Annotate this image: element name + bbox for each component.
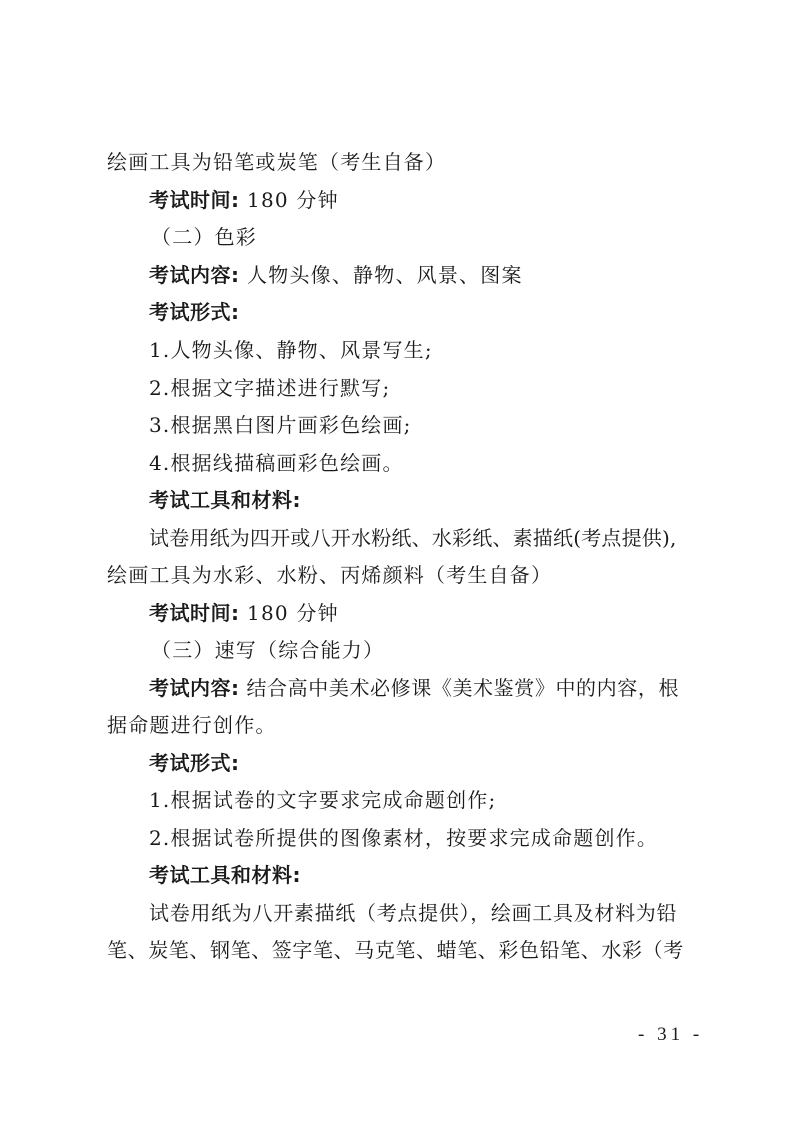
paragraph-line: 据命题进行创作。 (107, 713, 697, 737)
exam-content-line: 考试内容: 结合高中美术必修课《美术鉴赏》中的内容，根 (149, 676, 739, 700)
exam-time-line: 考试时间: 180 分钟 (149, 188, 739, 212)
list-item: 1.根据试卷的文字要求完成命题创作; (149, 788, 739, 812)
field-value: 180 分钟 (240, 188, 339, 212)
document-page: 绘画工具为铅笔或炭笔（考生自备） 考试时间: 180 分钟 （二）色彩 考试内容… (0, 0, 794, 1123)
field-label: 考试工具和材料: (149, 488, 301, 512)
exam-tools-line: 考试工具和材料: (149, 488, 739, 512)
exam-tools-line: 考试工具和材料: (149, 863, 739, 887)
list-item: 2.根据文字描述进行默写; (149, 376, 739, 400)
field-label: 考试时间: (149, 188, 240, 212)
section-heading: （二）色彩 (151, 225, 257, 249)
field-label: 考试形式: (149, 300, 240, 324)
list-item-text: 3.根据黑白图片画彩色绘画; (149, 413, 412, 437)
line-text: 试卷用纸为八开素描纸（考点提供），绘画工具及材料为铅 (149, 901, 677, 925)
line-text: 试卷用纸为四开或八开水粉纸、水彩纸、素描纸(考点提供), (149, 526, 677, 550)
line-text: 据命题进行创作。 (107, 713, 277, 737)
exam-form-line: 考试形式: (149, 751, 739, 775)
list-item-text: 2.根据文字描述进行默写; (149, 376, 390, 400)
exam-time-line: 考试时间: 180 分钟 (149, 601, 739, 625)
section-heading-sketch: （三）速写（综合能力） (151, 638, 741, 662)
list-item: 4.根据线描稿画彩色绘画。 (149, 451, 739, 475)
paragraph-line: 试卷用纸为四开或八开水粉纸、水彩纸、素描纸(考点提供), (149, 526, 739, 550)
field-label: 考试内容: (149, 263, 240, 287)
paragraph-line: 绘画工具为铅笔或炭笔（考生自备） (107, 150, 697, 174)
list-item-text: 2.根据试卷所提供的图像素材，按要求完成命题创作。 (149, 826, 658, 850)
field-label: 考试时间: (149, 601, 240, 625)
exam-form-line: 考试形式: (149, 300, 739, 324)
field-value: 180 分钟 (240, 601, 339, 625)
paragraph-line: 试卷用纸为八开素描纸（考点提供），绘画工具及材料为铅 (149, 901, 739, 925)
section-heading: （三）速写（综合能力） (151, 638, 384, 662)
field-label: 考试工具和材料: (149, 863, 301, 887)
list-item-text: 1.人物头像、静物、风景写生; (149, 338, 433, 362)
field-value: 人物头像、静物、风景、图案 (240, 263, 523, 287)
list-item: 1.人物头像、静物、风景写生; (149, 338, 739, 362)
list-item-text: 1.根据试卷的文字要求完成命题创作; (149, 788, 496, 812)
field-label: 考试内容: (149, 676, 240, 700)
page-number: - 31 - (638, 1024, 703, 1046)
paragraph-line: 笔、炭笔、钢笔、签字笔、马克笔、蜡笔、彩色铅笔、水彩（考 (107, 938, 697, 962)
list-item-text: 4.根据线描稿画彩色绘画。 (149, 451, 404, 475)
line-text: 绘画工具为铅笔或炭笔（考生自备） (107, 150, 446, 174)
line-text: 笔、炭笔、钢笔、签字笔、马克笔、蜡笔、彩色铅笔、水彩（考 (107, 938, 684, 962)
exam-content-line: 考试内容: 人物头像、静物、风景、图案 (149, 263, 739, 287)
section-heading-color: （二）色彩 (151, 225, 741, 249)
paragraph-line: 绘画工具为水彩、水粉、丙烯颜料（考生自备） (107, 563, 697, 587)
list-item: 2.根据试卷所提供的图像素材，按要求完成命题创作。 (149, 826, 739, 850)
line-text: 绘画工具为水彩、水粉、丙烯颜料（考生自备） (107, 563, 552, 587)
field-label: 考试形式: (149, 751, 240, 775)
list-item: 3.根据黑白图片画彩色绘画; (149, 413, 739, 437)
field-value: 结合高中美术必修课《美术鉴赏》中的内容，根 (240, 676, 680, 700)
